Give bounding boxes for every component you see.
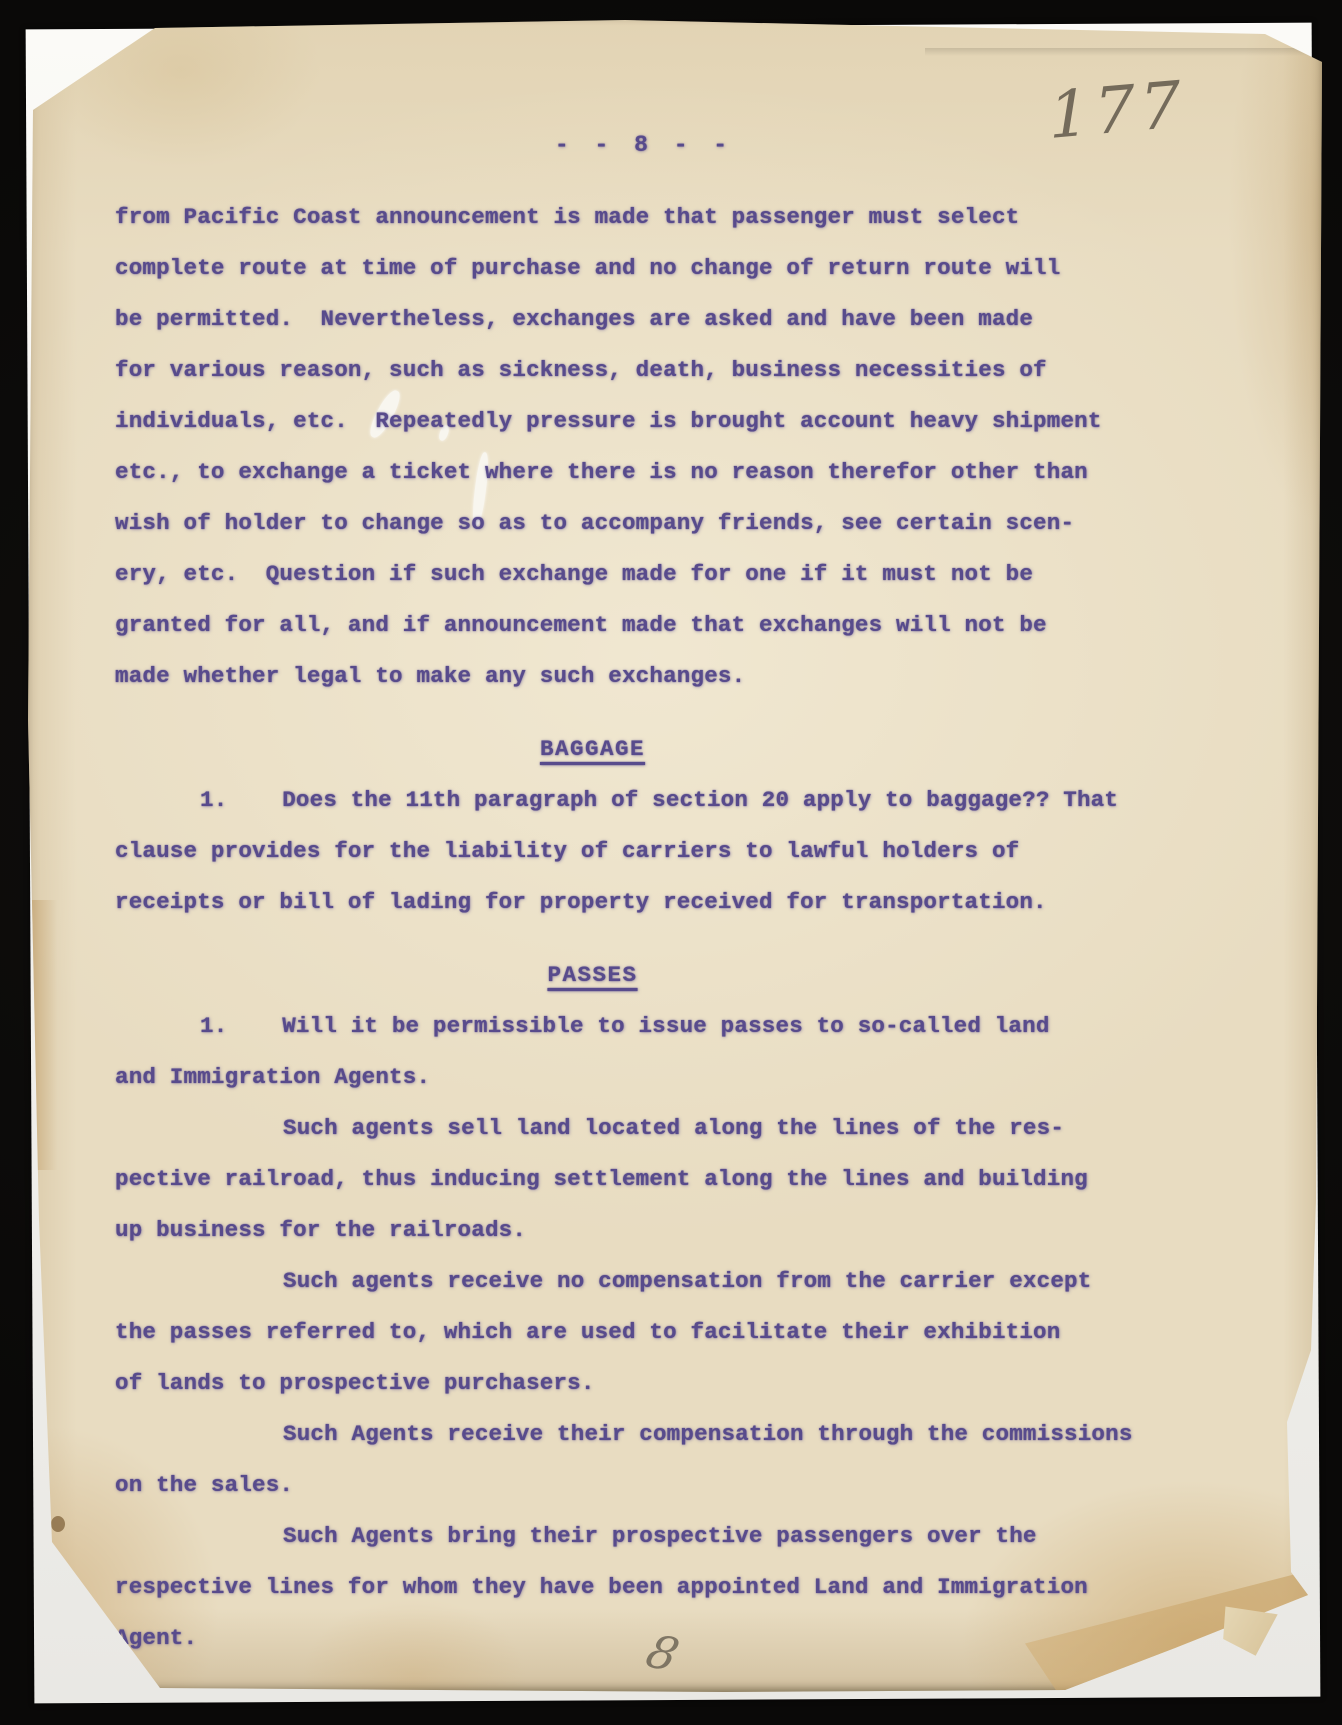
document-line: BAGGAGE [115,724,1262,775]
document-line: on the sales. [115,1460,1262,1511]
document-line: respective lines for whom they have been… [115,1562,1262,1613]
document-line: complete route at time of purchase and n… [115,243,1262,294]
document-line: granted for all, and if announcement mad… [115,600,1262,651]
document-line: individuals, etc. Repeatedly pressure is… [115,396,1262,447]
document-line: etc., to exchange a ticket where there i… [115,447,1262,498]
scanner-background: - - 8 - - from Pacific Coast announcemen… [0,0,1342,1725]
typed-text-block: - - 8 - - from Pacific Coast announcemen… [25,20,1322,1664]
document-line: Such agents receive no compensation from… [283,1256,1262,1307]
document-line: up business for the railroads. [115,1205,1262,1256]
handwritten-page-number: 177 [1042,67,1191,154]
document-line: Agent. [115,1613,1262,1664]
document-line: for various reason, such as sickness, de… [115,345,1262,396]
document-line: 1. Will it be permissible to issue passe… [200,1001,1262,1052]
document-line: Such Agents receive their compensation t… [283,1409,1262,1460]
document-line: receipts or bill of lading for property … [115,877,1262,928]
document-line: the passes referred to, which are used t… [115,1307,1262,1358]
document-lines: from Pacific Coast announcement is made … [115,192,1262,1664]
document-line: from Pacific Coast announcement is made … [115,192,1262,243]
document-line: ery, etc. Question if such exchange made… [115,549,1262,600]
document-line: of lands to prospective purchasers. [115,1358,1262,1409]
document-line: wish of holder to change so as to accomp… [115,498,1262,549]
document-line: pective railroad, thus inducing settleme… [115,1154,1262,1205]
document-line: made whether legal to make any such exch… [115,651,1262,702]
document-line: Such Agents bring their prospective pass… [283,1511,1262,1562]
document-line: Such agents sell land located along the … [283,1103,1262,1154]
document-line: clause provides for the liability of car… [115,826,1262,877]
document-line: PASSES [115,950,1262,1001]
document-line: and Immigration Agents. [115,1052,1262,1103]
scanned-document-page: - - 8 - - from Pacific Coast announcemen… [25,20,1322,1692]
document-line: 1. Does the 11th paragraph of section 20… [200,775,1262,826]
document-line: be permitted. Nevertheless, exchanges ar… [115,294,1262,345]
